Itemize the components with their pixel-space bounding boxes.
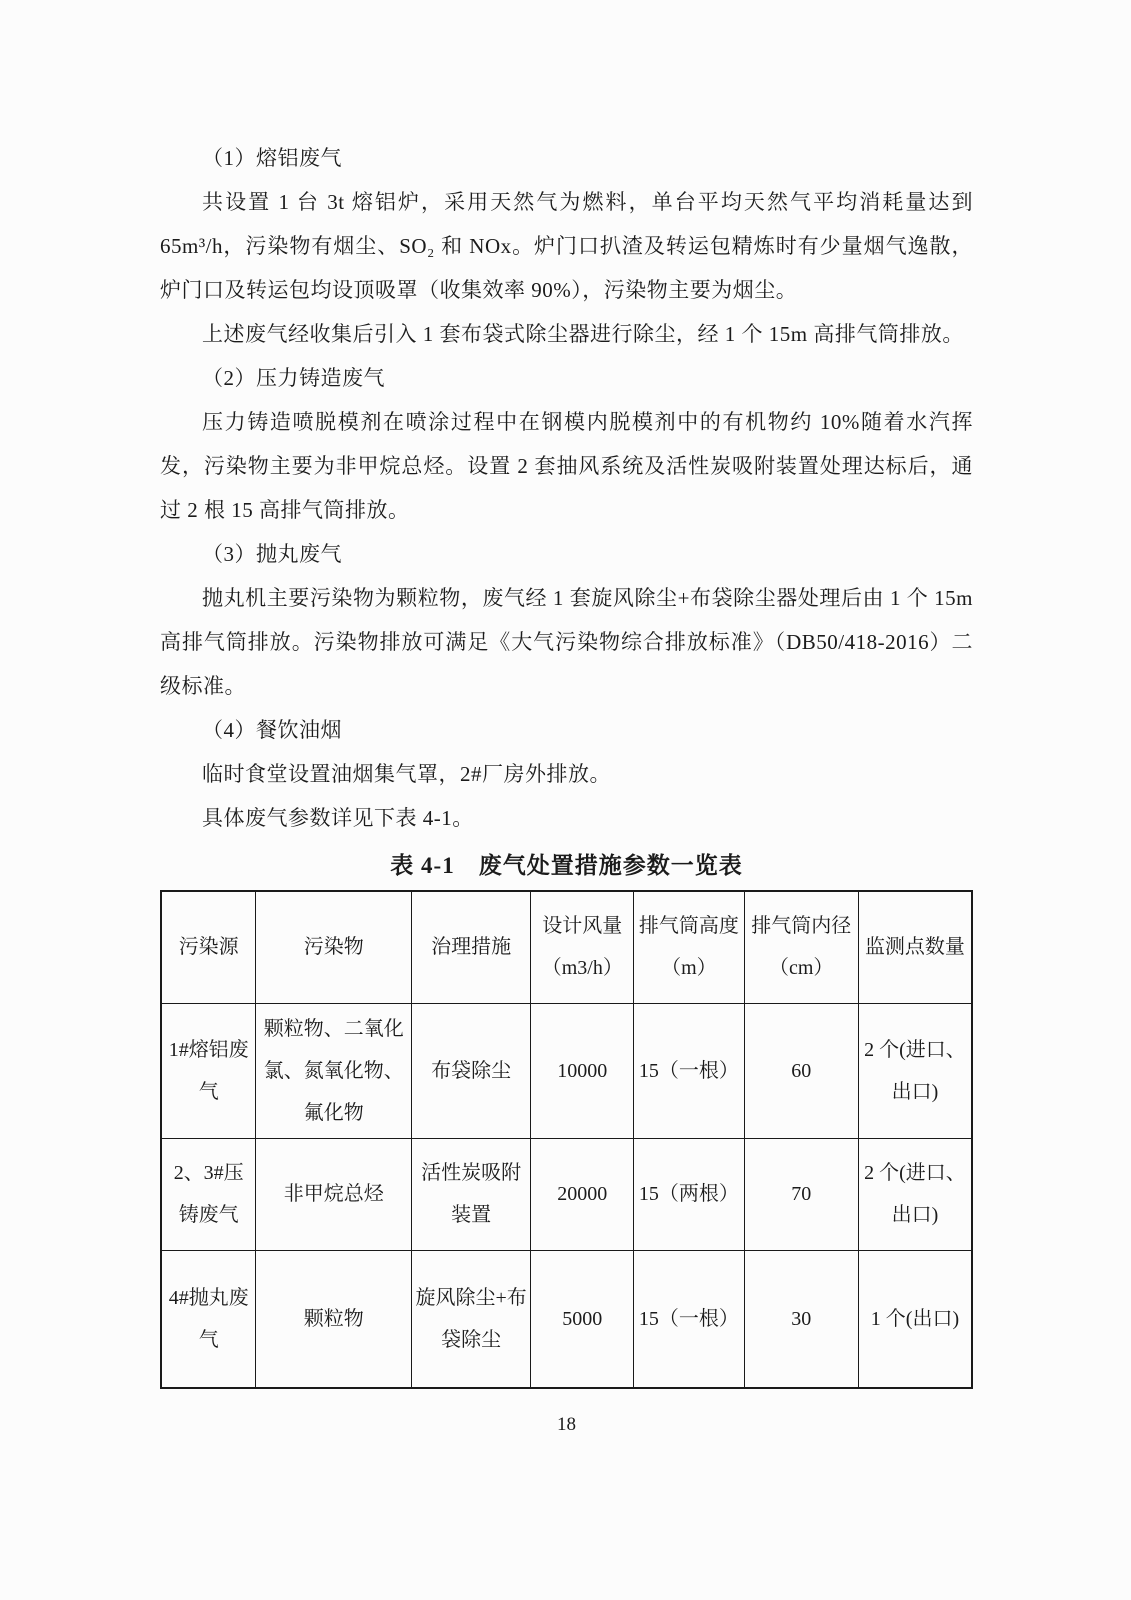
table-cell: 60 (744, 1003, 858, 1138)
table-cell: 1 个(出口) (858, 1250, 972, 1388)
table-cell: 颗粒物、二氧化氯、氮氧化物、氟化物 (256, 1003, 412, 1138)
body-paragraphs: （1）熔铝废气 共设置 1 台 3t 熔铝炉，采用天然气为燃料，单台平均天然气平… (160, 136, 973, 840)
table-cell: 5000 (531, 1250, 634, 1388)
waste-gas-parameters-table: 污染源污染物治理措施设计风量（m3/h）排气筒高度（m）排气筒内径（cm）监测点… (160, 890, 973, 1389)
paragraph: 共设置 1 台 3t 熔铝炉，采用天然气为燃料，单台平均天然气平均消耗量达到 6… (160, 180, 973, 312)
table-cell: 30 (744, 1250, 858, 1388)
table-row: 1#熔铝废气颗粒物、二氧化氯、氮氧化物、氟化物布袋除尘1000015（一根）60… (161, 1003, 972, 1138)
table-cell: 颗粒物 (256, 1250, 412, 1388)
table-row: 2、3#压铸废气非甲烷总烃活性炭吸附装置2000015（两根）702 个(进口、… (161, 1138, 972, 1250)
paragraph: 上述废气经收集后引入 1 套布袋式除尘器进行除尘，经 1 个 15m 高排气筒排… (160, 312, 973, 356)
table-cell: 活性炭吸附装置 (412, 1138, 531, 1250)
table-cell: 15（两根） (634, 1138, 744, 1250)
page-content: （1）熔铝废气 共设置 1 台 3t 熔铝炉，采用天然气为燃料，单台平均天然气平… (0, 0, 1131, 1439)
paragraph: 具体废气参数详见下表 4-1。 (160, 796, 973, 840)
column-header: 污染源 (161, 891, 256, 1003)
table-cell: 旋风除尘+布袋除尘 (412, 1250, 531, 1388)
table-cell: 10000 (531, 1003, 634, 1138)
table-row: 4#抛丸废气颗粒物旋风除尘+布袋除尘500015（一根）301 个(出口) (161, 1250, 972, 1388)
document-page: （1）熔铝废气 共设置 1 台 3t 熔铝炉，采用天然气为燃料，单台平均天然气平… (0, 0, 1131, 1600)
paragraph: （2）压力铸造废气 (160, 356, 973, 400)
table-cell: 非甲烷总烃 (256, 1138, 412, 1250)
table-body: 1#熔铝废气颗粒物、二氧化氯、氮氧化物、氟化物布袋除尘1000015（一根）60… (161, 1003, 972, 1388)
paragraph: （4）餐饮油烟 (160, 708, 973, 752)
table-header-row: 污染源污染物治理措施设计风量（m3/h）排气筒高度（m）排气筒内径（cm）监测点… (161, 891, 972, 1003)
paragraph: （3）抛丸废气 (160, 532, 973, 576)
paragraph: 抛丸机主要污染物为颗粒物，废气经 1 套旋风除尘+布袋除尘器处理后由 1 个 1… (160, 576, 973, 708)
column-header: 设计风量（m3/h） (531, 891, 634, 1003)
column-header: 排气筒内径（cm） (744, 891, 858, 1003)
page-number: 18 (160, 1411, 973, 1439)
paragraph: （1）熔铝废气 (160, 136, 973, 180)
table-cell: 15（一根） (634, 1003, 744, 1138)
table-cell: 70 (744, 1138, 858, 1250)
column-header: 治理措施 (412, 891, 531, 1003)
column-header: 监测点数量 (858, 891, 972, 1003)
column-header: 排气筒高度（m） (634, 891, 744, 1003)
table-cell: 15（一根） (634, 1250, 744, 1388)
table-title: 表 4-1 废气处置措施参数一览表 (160, 850, 973, 882)
table-cell: 布袋除尘 (412, 1003, 531, 1138)
column-header: 污染物 (256, 891, 412, 1003)
table-cell: 2、3#压铸废气 (161, 1138, 256, 1250)
table-cell: 4#抛丸废气 (161, 1250, 256, 1388)
table-cell: 1#熔铝废气 (161, 1003, 256, 1138)
table-cell: 2 个(进口、出口) (858, 1003, 972, 1138)
table-cell: 2 个(进口、出口) (858, 1138, 972, 1250)
table-cell: 20000 (531, 1138, 634, 1250)
paragraph: 压力铸造喷脱模剂在喷涂过程中在钢模内脱模剂中的有机物约 10%随着水汽挥发，污染… (160, 400, 973, 532)
paragraph: 临时食堂设置油烟集气罩，2#厂房外排放。 (160, 752, 973, 796)
